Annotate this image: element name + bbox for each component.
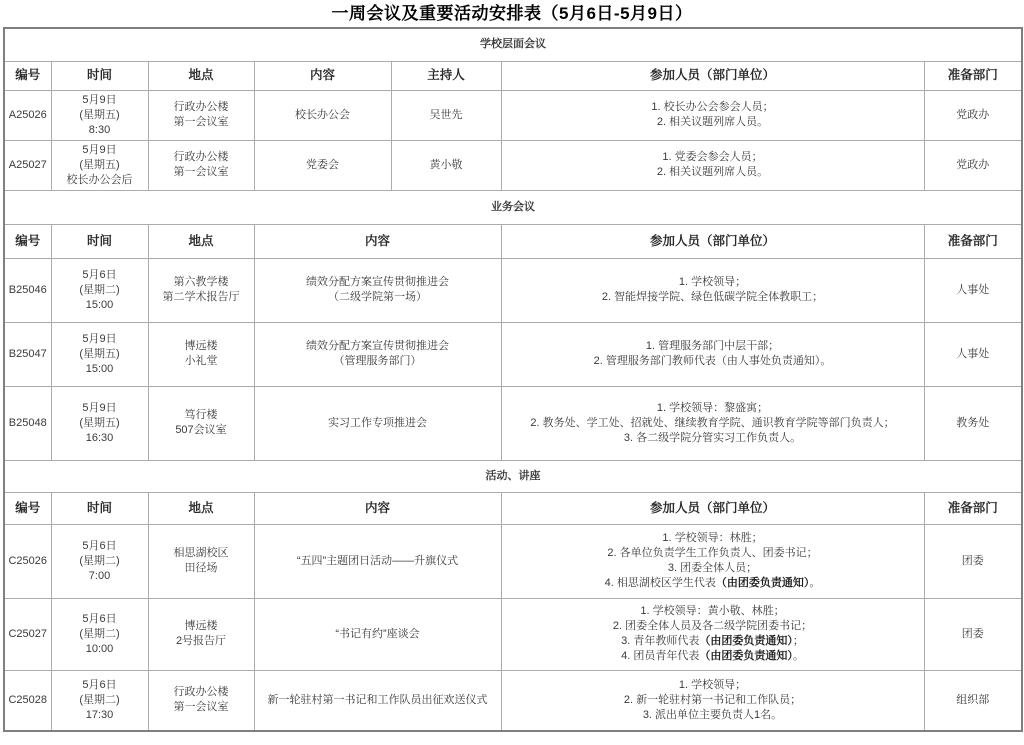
schedule-document: 一周会议及重要活动安排表（5月6日-5月9日） 学校层面会议编号时间地点内容主持… (3, 0, 1021, 732)
cell-participants: 1. 学校领导：黄小敬、林胜；2. 团委全体人员及各二级学院团委书记；3. 青年… (501, 598, 924, 670)
cell-prep-dept: 人事处 (924, 258, 1022, 322)
column-header: 参加人员（部门单位） (501, 224, 924, 258)
cell-time: 5月6日(星期二)15:00 (51, 258, 148, 322)
column-header: 地点 (148, 224, 254, 258)
cell-content: 校长办公会 (254, 90, 391, 140)
column-header-row: 编号时间地点内容参加人员（部门单位）准备部门 (4, 224, 1022, 258)
cell-time: 5月9日(星期五)8:30 (51, 90, 148, 140)
cell-id: C25028 (4, 670, 51, 731)
column-header: 参加人员（部门单位） (501, 492, 924, 524)
table-row: B250475月9日(星期五)15:00博远楼小礼堂绩效分配方案宣传贯彻推进会（… (4, 322, 1022, 386)
table-row: C250275月6日(星期二)10:00博远楼2号报告厅“书记有约”座谈会1. … (4, 598, 1022, 670)
column-header: 地点 (148, 492, 254, 524)
cell-location: 相思湖校区田径场 (148, 524, 254, 598)
column-header: 内容 (254, 61, 391, 90)
cell-location: 行政办公楼第一会议室 (148, 670, 254, 731)
cell-id: C25027 (4, 598, 51, 670)
cell-content: 新一轮驻村第一书记和工作队员出征欢送仪式 (254, 670, 501, 731)
column-header: 准备部门 (924, 224, 1022, 258)
cell-content: 实习工作专项推进会 (254, 386, 501, 460)
section-row: 活动、讲座 (4, 460, 1022, 492)
cell-participants: 1. 党委会参会人员；2. 相关议题列席人员。 (501, 140, 924, 190)
cell-content: “书记有约”座谈会 (254, 598, 501, 670)
cell-time: 5月9日(星期五)16:30 (51, 386, 148, 460)
cell-location: 行政办公楼第一会议室 (148, 140, 254, 190)
column-header: 编号 (4, 61, 51, 90)
column-header-row: 编号时间地点内容主持人参加人员（部门单位）准备部门 (4, 61, 1022, 90)
table-row: C250265月6日(星期二)7:00相思湖校区田径场“五四”主题团日活动——升… (4, 524, 1022, 598)
cell-content: “五四”主题团日活动——升旗仪式 (254, 524, 501, 598)
cell-participants: 1. 校长办公会参会人员；2. 相关议题列席人员。 (501, 90, 924, 140)
cell-prep-dept: 教务处 (924, 386, 1022, 460)
cell-prep-dept: 团委 (924, 598, 1022, 670)
cell-location: 第六教学楼第二学术报告厅 (148, 258, 254, 322)
cell-id: A25027 (4, 140, 51, 190)
cell-location: 笃行楼507会议室 (148, 386, 254, 460)
table-row: B250485月9日(星期五)16:30笃行楼507会议室实习工作专项推进会1.… (4, 386, 1022, 460)
cell-prep-dept: 组织部 (924, 670, 1022, 731)
cell-id: B25047 (4, 322, 51, 386)
cell-content: 党委会 (254, 140, 391, 190)
cell-location: 博远楼2号报告厅 (148, 598, 254, 670)
section-title: 学校层面会议 (4, 28, 1022, 61)
cell-participants: 1. 学校领导；2. 新一轮驻村第一书记和工作队员；3. 派出单位主要负责人1名… (501, 670, 924, 731)
cell-participants: 1. 学校领导：林胜；2. 各单位负责学生工作负责人、团委书记；3. 团委全体人… (501, 524, 924, 598)
cell-prep-dept: 党政办 (924, 90, 1022, 140)
column-header: 时间 (51, 492, 148, 524)
column-header: 时间 (51, 224, 148, 258)
section-row: 业务会议 (4, 190, 1022, 224)
cell-content: 绩效分配方案宣传贯彻推进会（管理服务部门） (254, 322, 501, 386)
cell-time: 5月6日(星期二)10:00 (51, 598, 148, 670)
cell-location: 博远楼小礼堂 (148, 322, 254, 386)
cell-id: B25048 (4, 386, 51, 460)
cell-participants: 1. 学校领导：黎盛寓；2. 教务处、学工处、招就处、继续教育学院、通识教育学院… (501, 386, 924, 460)
cell-participants: 1. 管理服务部门中层干部；2. 管理服务部门教师代表（由人事处负责通知）。 (501, 322, 924, 386)
cell-id: C25026 (4, 524, 51, 598)
column-header-row: 编号时间地点内容参加人员（部门单位）准备部门 (4, 492, 1022, 524)
cell-time: 5月6日(星期二)7:00 (51, 524, 148, 598)
cell-id: A25026 (4, 90, 51, 140)
table-row: B250465月6日(星期二)15:00第六教学楼第二学术报告厅绩效分配方案宣传… (4, 258, 1022, 322)
cell-time: 5月9日(星期五)校长办公会后 (51, 140, 148, 190)
cell-prep-dept: 党政办 (924, 140, 1022, 190)
cell-content: 绩效分配方案宣传贯彻推进会（二级学院第一场） (254, 258, 501, 322)
column-header: 地点 (148, 61, 254, 90)
cell-time: 5月9日(星期五)15:00 (51, 322, 148, 386)
column-header: 内容 (254, 492, 501, 524)
column-header: 准备部门 (924, 61, 1022, 90)
cell-id: B25046 (4, 258, 51, 322)
column-header: 主持人 (391, 61, 501, 90)
column-header: 编号 (4, 224, 51, 258)
cell-time: 5月6日(星期二)17:30 (51, 670, 148, 731)
column-header: 参加人员（部门单位） (501, 61, 924, 90)
schedule-table: 学校层面会议编号时间地点内容主持人参加人员（部门单位）准备部门A250265月9… (3, 27, 1023, 732)
table-row: A250265月9日(星期五)8:30行政办公楼第一会议室校长办公会吴世先1. … (4, 90, 1022, 140)
page-title: 一周会议及重要活动安排表（5月6日-5月9日） (3, 0, 1021, 27)
section-row: 学校层面会议 (4, 28, 1022, 61)
cell-host: 黄小敬 (391, 140, 501, 190)
cell-prep-dept: 团委 (924, 524, 1022, 598)
table-row: C250285月6日(星期二)17:30行政办公楼第一会议室新一轮驻村第一书记和… (4, 670, 1022, 731)
cell-host: 吴世先 (391, 90, 501, 140)
cell-participants: 1. 学校领导；2. 智能焊接学院、绿色低碳学院全体教职工； (501, 258, 924, 322)
cell-location: 行政办公楼第一会议室 (148, 90, 254, 140)
cell-prep-dept: 人事处 (924, 322, 1022, 386)
section-title: 活动、讲座 (4, 460, 1022, 492)
column-header: 准备部门 (924, 492, 1022, 524)
section-title: 业务会议 (4, 190, 1022, 224)
column-header: 内容 (254, 224, 501, 258)
column-header: 编号 (4, 492, 51, 524)
table-row: A250275月9日(星期五)校长办公会后行政办公楼第一会议室党委会黄小敬1. … (4, 140, 1022, 190)
column-header: 时间 (51, 61, 148, 90)
